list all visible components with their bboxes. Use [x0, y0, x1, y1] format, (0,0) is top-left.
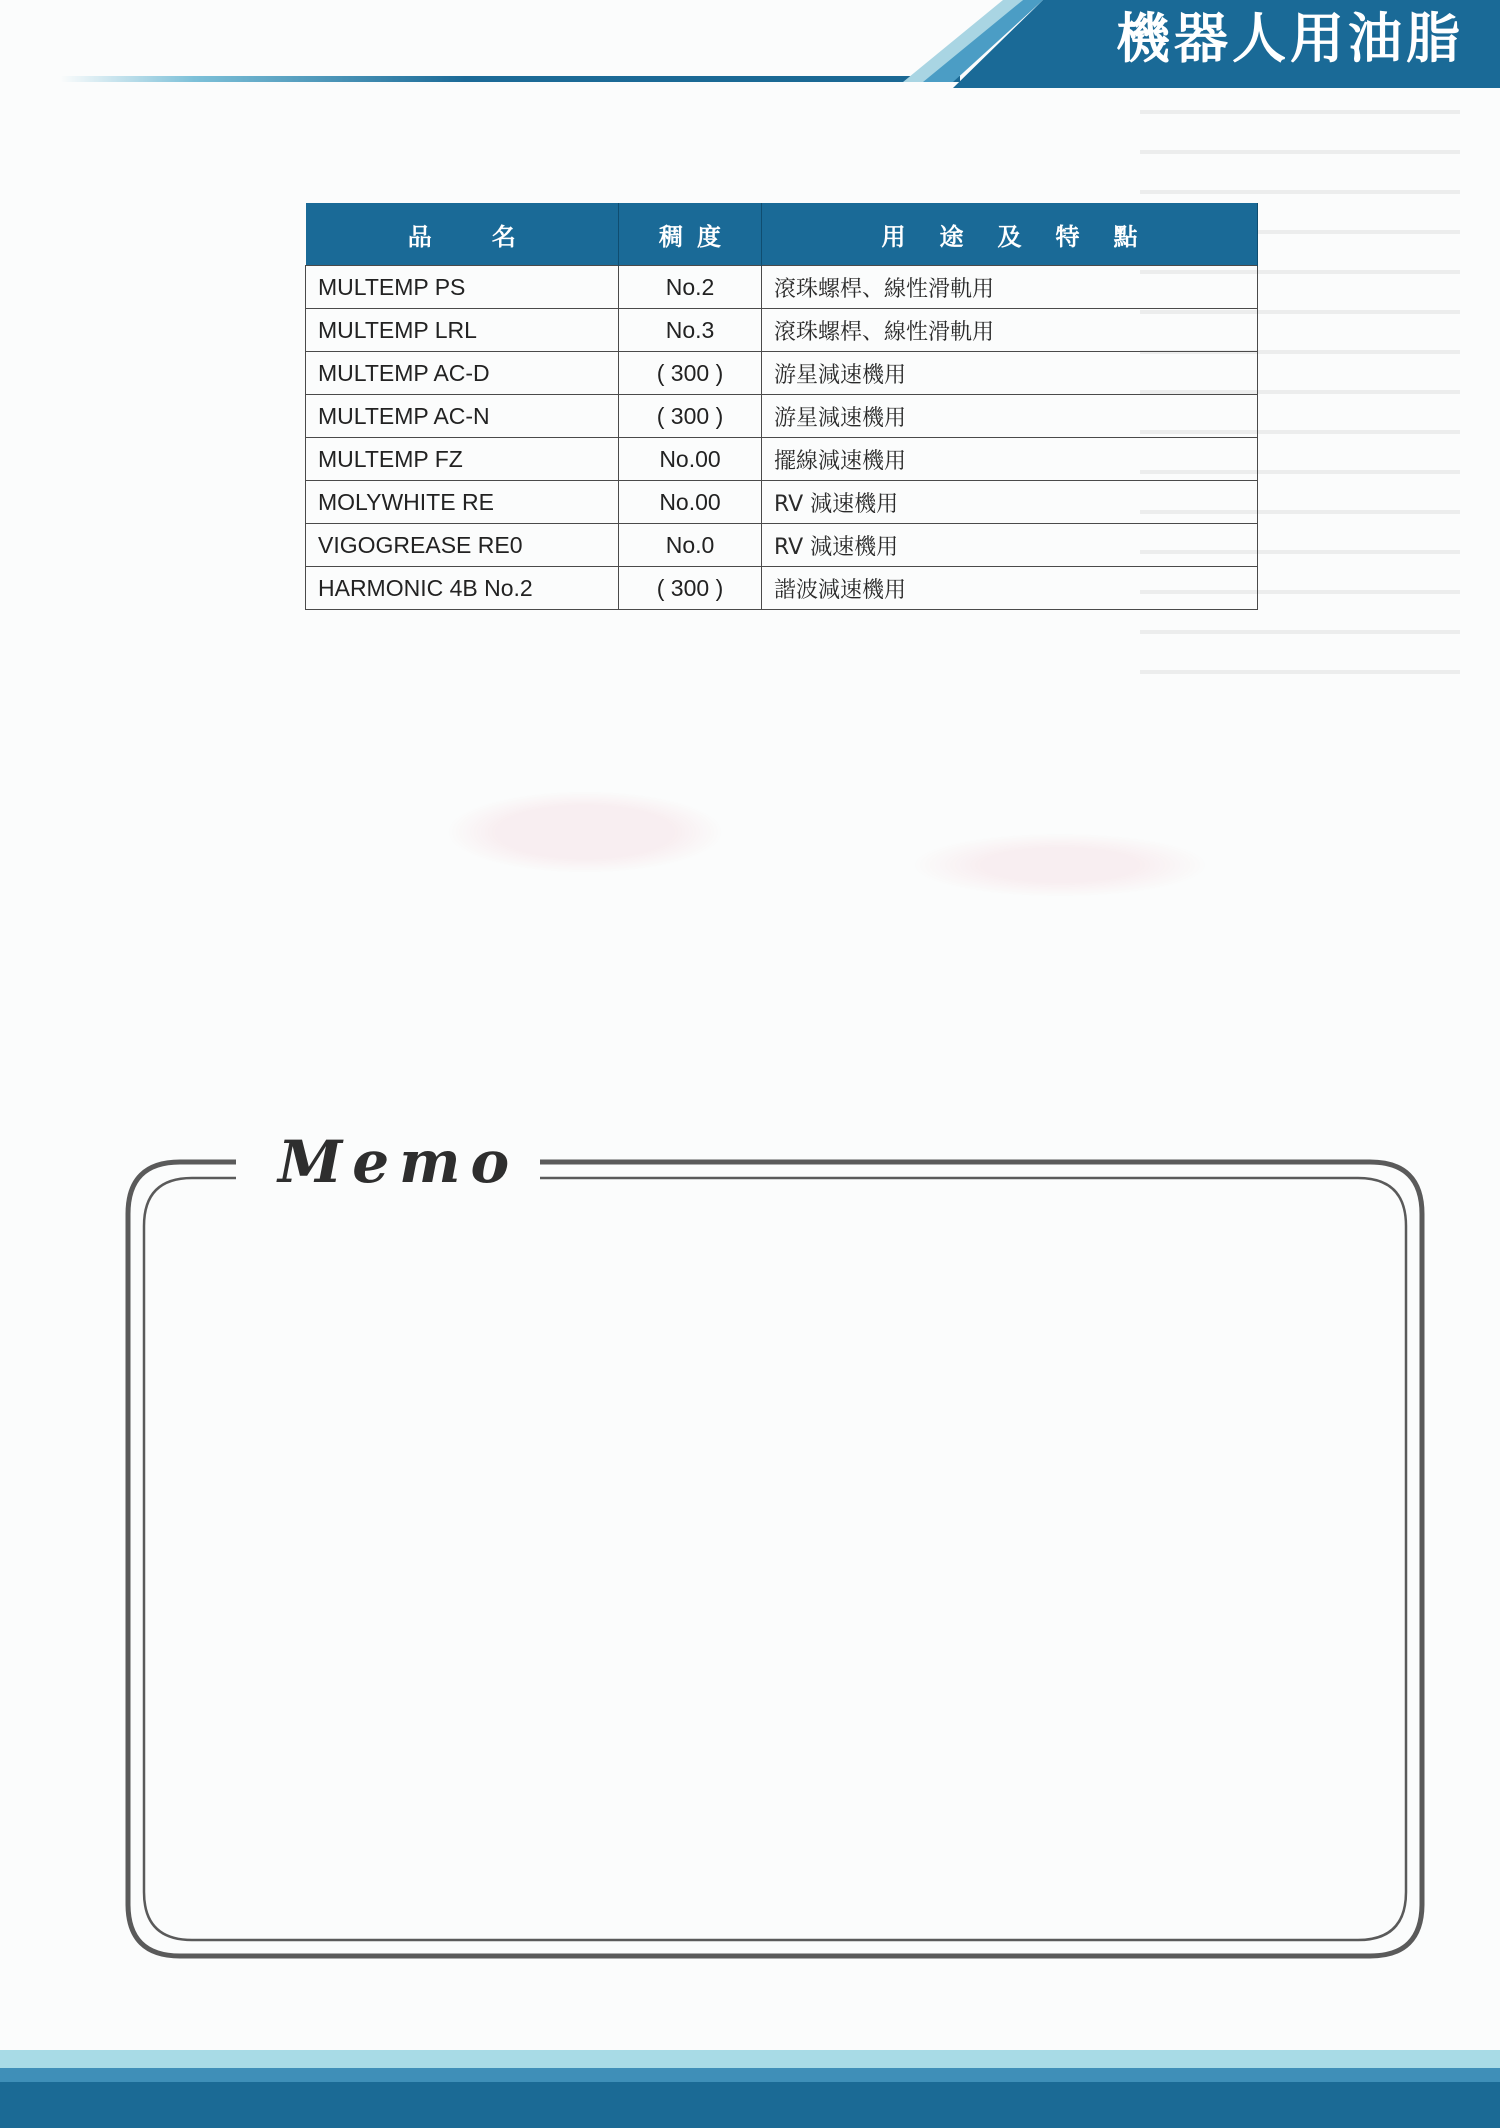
page-title: 機器人用油脂: [1116, 12, 1464, 66]
product-name-cell: MULTEMP AC-D: [306, 352, 619, 395]
product-name-cell: MULTEMP FZ: [306, 438, 619, 481]
consistency-cell: No.0: [619, 524, 762, 567]
consistency-cell: ( 300 ): [619, 352, 762, 395]
usage-cell: RV 減速機用: [762, 481, 1258, 524]
table-row: MULTEMP LRLNo.3滾珠螺桿、線性滑軌用: [306, 309, 1258, 352]
footer-band-dark: [0, 2082, 1500, 2128]
consistency-cell: No.00: [619, 438, 762, 481]
usage-cell: 滾珠螺桿、線性滑軌用: [762, 309, 1258, 352]
table-row: MOLYWHITE RENo.00RV 減速機用: [306, 481, 1258, 524]
product-name-cell: VIGOGREASE RE0: [306, 524, 619, 567]
footer-band-light: [0, 2050, 1500, 2068]
table-row: MULTEMP AC-D( 300 )游星減速機用: [306, 352, 1258, 395]
usage-cell: RV 減速機用: [762, 524, 1258, 567]
column-header-usage: 用途及特點: [762, 203, 1258, 266]
header-rule: [60, 76, 960, 82]
footer-band-mid: [0, 2068, 1500, 2082]
usage-cell: 諧波減速機用: [762, 567, 1258, 610]
table-row: MULTEMP AC-N( 300 )游星減速機用: [306, 395, 1258, 438]
usage-cell: 游星減速機用: [762, 352, 1258, 395]
table-row: MULTEMP FZNo.00擺線減速機用: [306, 438, 1258, 481]
product-name-cell: MOLYWHITE RE: [306, 481, 619, 524]
product-name-cell: MULTEMP LRL: [306, 309, 619, 352]
consistency-cell: No.00: [619, 481, 762, 524]
product-name-cell: MULTEMP AC-N: [306, 395, 619, 438]
consistency-cell: ( 300 ): [619, 395, 762, 438]
table-row: VIGOGREASE RE0No.0RV 減速機用: [306, 524, 1258, 567]
usage-cell: 滾珠螺桿、線性滑軌用: [762, 266, 1258, 309]
consistency-cell: ( 300 ): [619, 567, 762, 610]
memo-title: Memo: [278, 1128, 519, 1196]
table-row: HARMONIC 4B No.2( 300 )諧波減速機用: [306, 567, 1258, 610]
consistency-cell: No.3: [619, 309, 762, 352]
table-header-row: 品名 稠度 用途及特點: [306, 203, 1258, 266]
product-name-cell: HARMONIC 4B No.2: [306, 567, 619, 610]
column-header-consistency: 稠度: [619, 203, 762, 266]
print-bleed-through: [300, 700, 1250, 1030]
usage-cell: 擺線減速機用: [762, 438, 1258, 481]
memo-frame: [120, 1150, 1432, 1970]
product-name-cell: MULTEMP PS: [306, 266, 619, 309]
usage-cell: 游星減速機用: [762, 395, 1258, 438]
grease-spec-table: 品名 稠度 用途及特點 MULTEMP PSNo.2滾珠螺桿、線性滑軌用MULT…: [305, 203, 1258, 610]
consistency-cell: No.2: [619, 266, 762, 309]
column-header-product-name: 品名: [306, 203, 619, 266]
table-row: MULTEMP PSNo.2滾珠螺桿、線性滑軌用: [306, 266, 1258, 309]
page-header: 機器人用油脂: [0, 0, 1500, 90]
